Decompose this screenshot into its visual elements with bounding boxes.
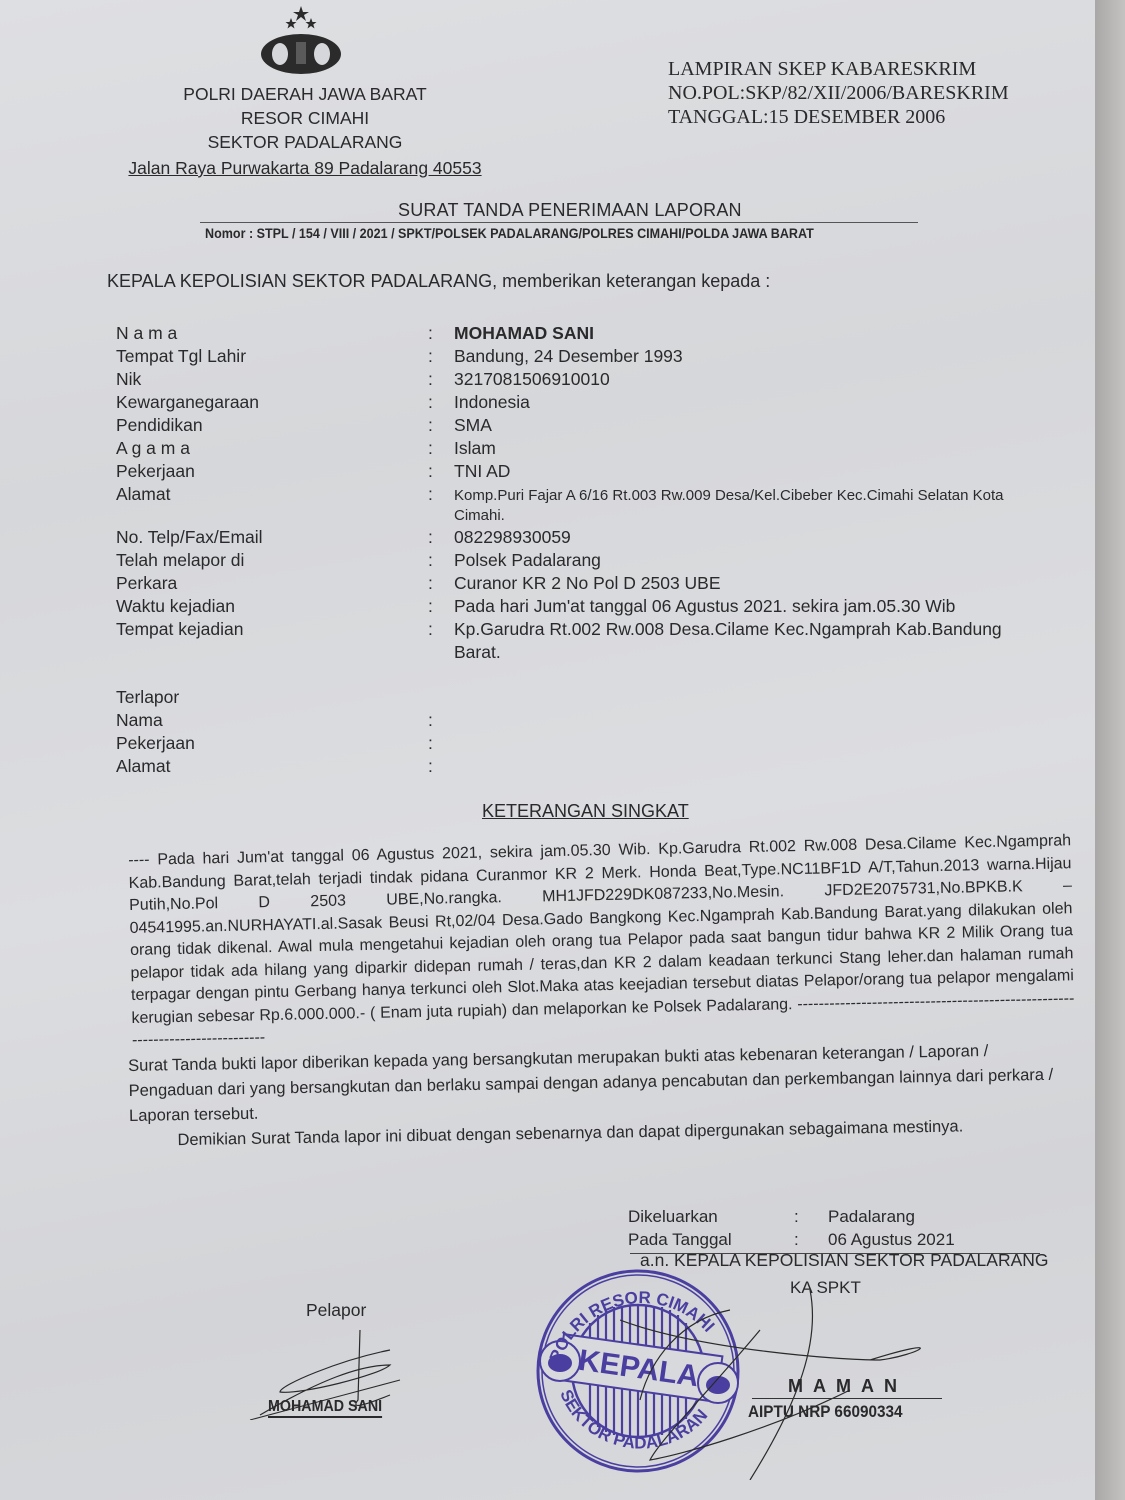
field-value: MOHAMAD SANI bbox=[454, 322, 1046, 345]
document-title: SURAT TANDA PENERIMAAN LAPORAN bbox=[398, 200, 742, 221]
field-label: Alamat bbox=[116, 483, 428, 526]
colon: : bbox=[428, 572, 454, 595]
field-value: Pada hari Jum'at tanggal 06 Agustus 2021… bbox=[454, 595, 1046, 618]
field-value: Islam bbox=[454, 437, 1046, 460]
field-row-reported-at: Telah melapor di:Polsek Padalarang bbox=[116, 549, 1046, 572]
field-row-education: Pendidikan:SMA bbox=[116, 414, 1046, 437]
spacer bbox=[116, 664, 1046, 686]
colon: : bbox=[428, 595, 454, 618]
field-label: N a m a bbox=[116, 322, 428, 345]
reported-heading-label: Terlapor bbox=[116, 686, 428, 709]
field-row-phone: No. Telp/Fax/Email:082298930059 bbox=[116, 526, 1046, 549]
field-label: Pekerjaan bbox=[116, 732, 428, 755]
field-row-nama: N a m a:MOHAMAD SANI bbox=[116, 322, 1046, 345]
reference-header: LAMPIRAN SKEP KABARESKRIM NO.POL:SKP/82/… bbox=[668, 57, 1009, 129]
issuance-value: Padalarang bbox=[828, 1205, 915, 1228]
field-label: Tempat Tgl Lahir bbox=[116, 345, 428, 368]
officer-divider bbox=[752, 1398, 942, 1399]
summary-title: KETERANGAN SINGKAT bbox=[482, 801, 689, 822]
reference-line: LAMPIRAN SKEP KABARESKRIM bbox=[668, 57, 1009, 81]
officer-rank-nrp: AIPTU NRP 66090334 bbox=[748, 1402, 903, 1422]
field-row-birth: Tempat Tgl Lahir:Bandung, 24 Desember 19… bbox=[116, 345, 1046, 368]
closing-section: Surat Tanda bukti lapor diberikan kepada… bbox=[128, 1038, 1070, 1154]
field-row-case: Perkara:Curanor KR 2 No Pol D 2503 UBE bbox=[116, 572, 1046, 595]
field-row-address: Alamat:Komp.Puri Fajar A 6/16 Rt.003 Rw.… bbox=[116, 483, 1046, 526]
polri-emblem-icon bbox=[258, 4, 344, 76]
reported-heading: Terlapor bbox=[116, 686, 1046, 709]
field-value bbox=[454, 755, 1046, 778]
field-label: Pendidikan bbox=[116, 414, 428, 437]
colon: : bbox=[428, 483, 454, 526]
colon: : bbox=[428, 322, 454, 345]
colon: : bbox=[428, 755, 454, 778]
reported-row-address: Alamat: bbox=[116, 755, 1046, 778]
field-row-incident-place: Tempat kejadian:Kp.Garudra Rt.002 Rw.008… bbox=[116, 618, 1046, 664]
colon: : bbox=[428, 391, 454, 414]
agency-line: POLRI DAERAH JAWA BARAT bbox=[120, 82, 490, 106]
field-label: Alamat bbox=[116, 755, 428, 778]
field-row-citizenship: Kewarganegaraan:Indonesia bbox=[116, 391, 1046, 414]
issuance-label: Dikeluarkan bbox=[628, 1205, 794, 1228]
field-label: Nama bbox=[116, 709, 428, 732]
colon: : bbox=[428, 460, 454, 483]
summary-text: ---- Pada hari Jum'at tanggal 06 Agustus… bbox=[128, 830, 1075, 1052]
agency-line: RESOR CIMAHI bbox=[120, 106, 490, 130]
field-label: Kewarganegaraan bbox=[116, 391, 428, 414]
field-value: Komp.Puri Fajar A 6/16 Rt.003 Rw.009 Des… bbox=[454, 483, 1046, 526]
field-row-occupation: Pekerjaan:TNI AD bbox=[116, 460, 1046, 483]
field-value: Indonesia bbox=[454, 391, 1046, 414]
title-divider bbox=[200, 222, 918, 223]
colon: : bbox=[428, 437, 454, 460]
reference-line: NO.POL:SKP/82/XII/2006/BARESKRIM bbox=[668, 81, 1009, 105]
agency-header: POLRI DAERAH JAWA BARAT RESOR CIMAHI SEK… bbox=[120, 82, 490, 180]
field-label: Tempat kejadian bbox=[116, 618, 428, 664]
field-row-incident-time: Waktu kejadian:Pada hari Jum'at tanggal … bbox=[116, 595, 1046, 618]
field-label: A g a m a bbox=[116, 437, 428, 460]
agency-address: Jalan Raya Purwakarta 89 Padalarang 4055… bbox=[120, 156, 490, 180]
reporter-label: Pelapor bbox=[306, 1300, 366, 1321]
colon: : bbox=[428, 732, 454, 755]
colon: : bbox=[428, 414, 454, 437]
field-value: TNI AD bbox=[454, 460, 1046, 483]
field-label: Nik bbox=[116, 368, 428, 391]
colon: : bbox=[428, 368, 454, 391]
reported-row-nama: Nama: bbox=[116, 709, 1046, 732]
issuance-place-row: Dikeluarkan:Padalarang bbox=[628, 1205, 955, 1228]
background-edge bbox=[1095, 0, 1125, 1500]
field-value: 3217081506910010 bbox=[454, 368, 1046, 391]
field-row-nik: Nik:3217081506910010 bbox=[116, 368, 1046, 391]
field-label: Telah melapor di bbox=[116, 549, 428, 572]
field-row-religion: A g a m a:Islam bbox=[116, 437, 1046, 460]
field-label: No. Telp/Fax/Email bbox=[116, 526, 428, 549]
field-label: Perkara bbox=[116, 572, 428, 595]
field-value: SMA bbox=[454, 414, 1046, 437]
reporter-name: MOHAMAD SANI bbox=[268, 1398, 382, 1418]
field-value: 082298930059 bbox=[454, 526, 1046, 549]
document-number: Nomor : STPL / 154 / VIII / 2021 / SPKT/… bbox=[205, 226, 814, 241]
field-value: Polsek Padalarang bbox=[454, 549, 1046, 572]
field-value bbox=[454, 709, 1046, 732]
field-value: Kp.Garudra Rt.002 Rw.008 Desa.Cilame Kec… bbox=[454, 618, 1046, 664]
reported-row-occupation: Pekerjaan: bbox=[116, 732, 1046, 755]
agency-line: SEKTOR PADALARANG bbox=[120, 130, 490, 154]
colon: : bbox=[794, 1228, 828, 1251]
colon: : bbox=[428, 526, 454, 549]
field-value: Curanor KR 2 No Pol D 2503 UBE bbox=[454, 572, 1046, 595]
reference-line: TANGGAL:15 DESEMBER 2006 bbox=[668, 105, 1009, 129]
reporter-fields: N a m a:MOHAMAD SANI Tempat Tgl Lahir:Ba… bbox=[116, 322, 1046, 778]
field-label: Waktu kejadian bbox=[116, 595, 428, 618]
colon: : bbox=[428, 618, 454, 664]
intro-text: KEPALA KEPOLISIAN SEKTOR PADALARANG, mem… bbox=[107, 271, 770, 292]
officer-name: MAMAN bbox=[788, 1376, 907, 1397]
field-label: Pekerjaan bbox=[116, 460, 428, 483]
colon: : bbox=[794, 1205, 828, 1228]
colon: : bbox=[428, 549, 454, 572]
field-value bbox=[454, 732, 1046, 755]
colon: : bbox=[428, 709, 454, 732]
issuance-value: 06 Agustus 2021 bbox=[828, 1228, 955, 1251]
field-value: Bandung, 24 Desember 1993 bbox=[454, 345, 1046, 368]
colon: : bbox=[428, 345, 454, 368]
